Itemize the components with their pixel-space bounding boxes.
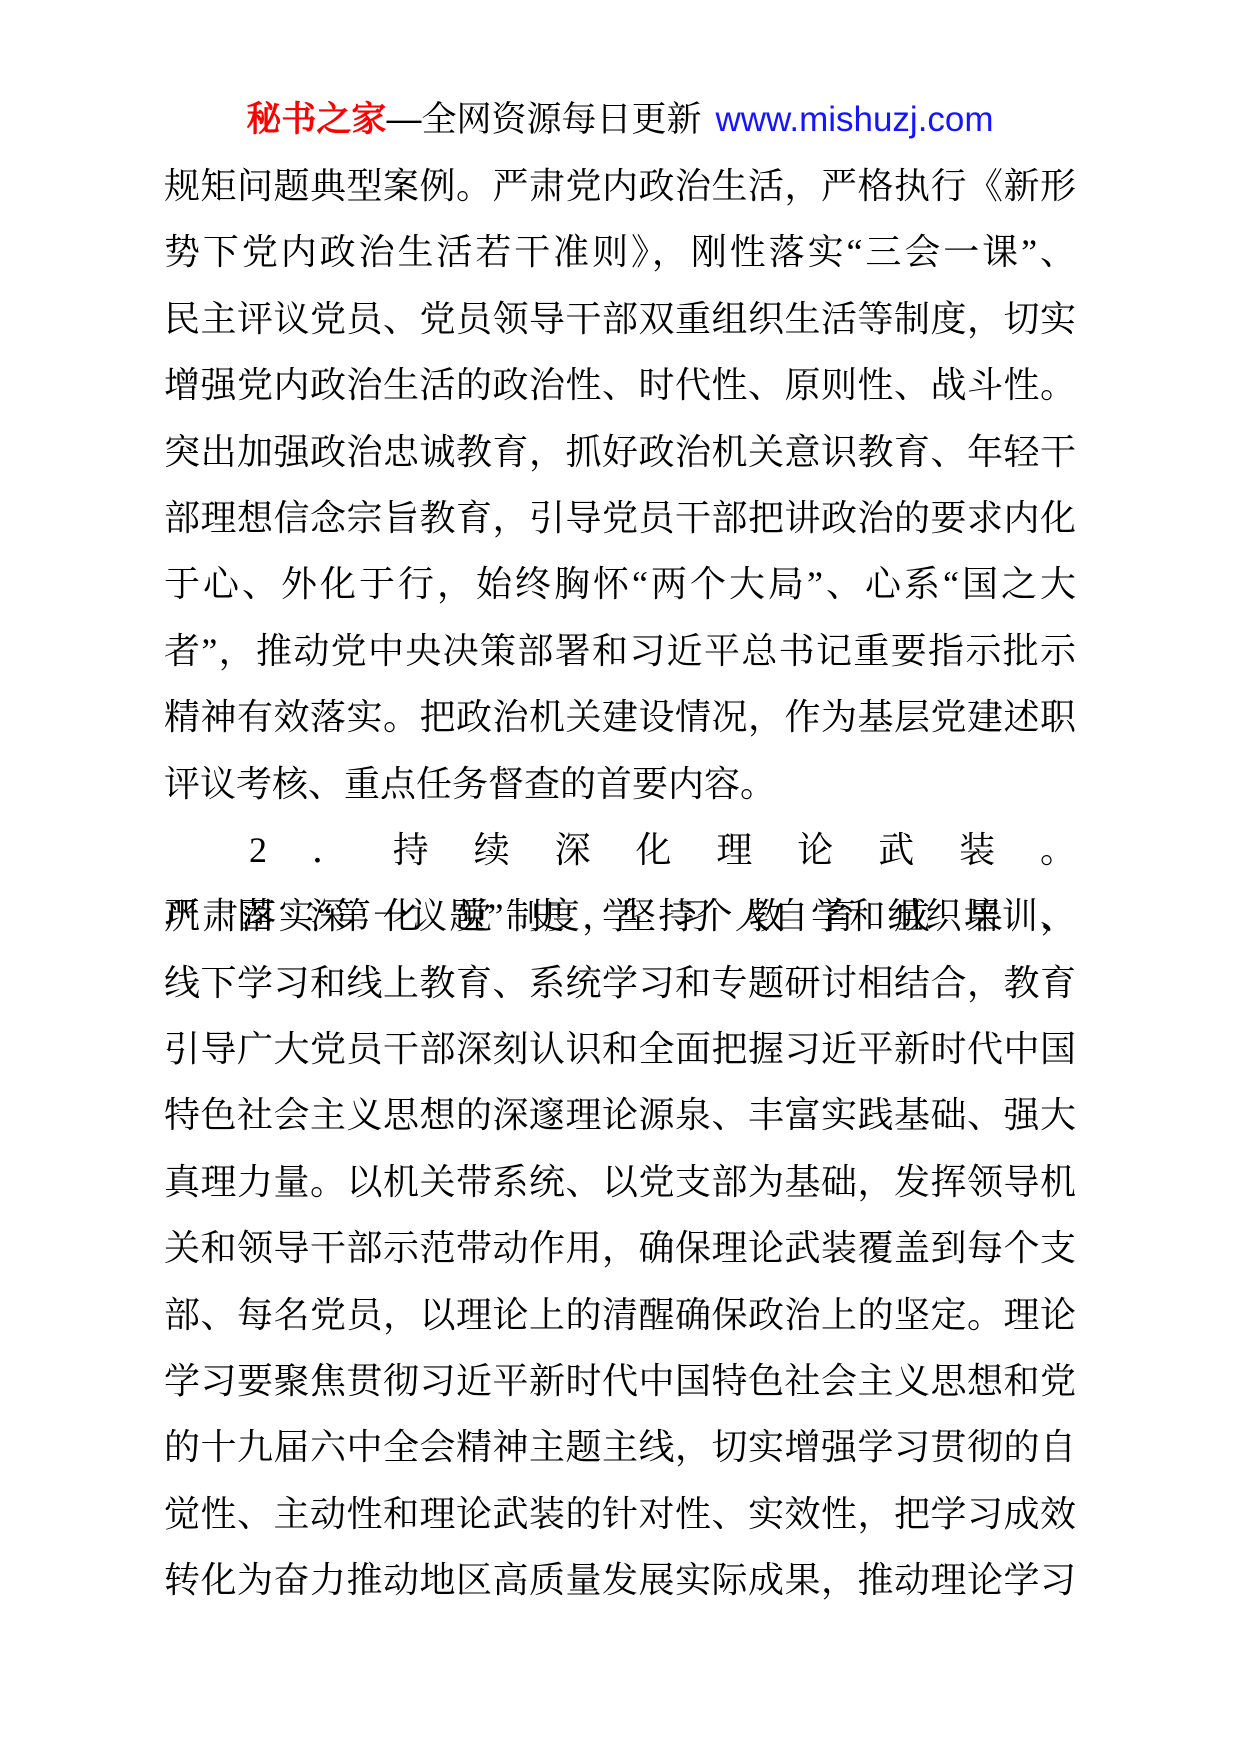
text-line: 部、每名党员，以理论上的清醒确保政治上的坚定。理论 (164, 1282, 1076, 1348)
text-line: 规矩问题典型案例。严肃党内政治生活，严格执行《新形 (164, 153, 1076, 219)
text-line: 精神有效落实。把政治机关建设情况，作为基层党建述职 (164, 684, 1076, 750)
text-line: 学习要聚焦贯彻习近平新时代中国特色社会主义思想和党 (164, 1348, 1076, 1414)
text-line: 评议考核、重点任务督查的首要内容。 (164, 751, 1076, 817)
text-line: 的十九届六中全会精神主题主线，切实增强学习贯彻的自 (164, 1414, 1076, 1480)
text-line: 增强党内政治生活的政治性、时代性、原则性、战斗性。 (164, 352, 1076, 418)
text-line: 突出加强政治忠诚教育，抓好政治机关意识教育、年轻干 (164, 419, 1076, 485)
text-line: 关和领导干部示范带动作用，确保理论武装覆盖到每个支 (164, 1215, 1076, 1281)
text-line: 转化为奋力推动地区高质量发展实际成果，推动理论学习 (164, 1547, 1076, 1613)
text-line: 线下学习和线上教育、系统学习和专题研讨相结合，教育 (164, 950, 1076, 1016)
header-tagline: —全网资源每日更新 (386, 100, 701, 139)
text-line: 2．持续深化理论武装。巩固深化党史学习教育成果， (164, 817, 1076, 883)
text-line: 严肃落实“第一议题”制度，坚持个人自学和组织培训、 (164, 883, 1076, 949)
text-line: 于心、外化于行，始终胸怀“两个大局”、心系“国之大 (164, 551, 1076, 617)
paragraph: 2．持续深化理论武装。巩固深化党史学习教育成果， 严肃落实“第一议题”制度，坚持… (164, 817, 1076, 1614)
site-url-link[interactable]: www.mishuzj.com (715, 100, 993, 139)
text-line: 民主评议党员、党员领导干部双重组织生活等制度，切实 (164, 286, 1076, 352)
brand-name: 秘书之家 (246, 100, 386, 139)
text-line: 者”，推动党中央决策部署和习近平总书记重要指示批示 (164, 618, 1076, 684)
text-line: 部理想信念宗旨教育，引导党员干部把讲政治的要求内化 (164, 485, 1076, 551)
text-line: 特色社会主义思想的深邃理论源泉、丰富实践基础、强大 (164, 1082, 1076, 1148)
paragraph: 规矩问题典型案例。严肃党内政治生活，严格执行《新形 势下党内政治生活若干准则》，… (164, 153, 1076, 817)
text-line: 觉性、主动性和理论武装的针对性、实效性，把学习成效 (164, 1481, 1076, 1547)
site-header: 秘书之家—全网资源每日更新www.mishuzj.com (0, 97, 1240, 143)
document-page: 秘书之家—全网资源每日更新www.mishuzj.com 规矩问题典型案例。严肃… (0, 0, 1240, 1754)
text-line: 引导广大党员干部深刻认识和全面把握习近平新时代中国 (164, 1016, 1076, 1082)
document-body: 规矩问题典型案例。严肃党内政治生活，严格执行《新形 势下党内政治生活若干准则》，… (164, 153, 1076, 1614)
text-line: 真理力量。以机关带系统、以党支部为基础，发挥领导机 (164, 1149, 1076, 1215)
text-line: 势下党内政治生活若干准则》，刚性落实“三会一课”、 (164, 219, 1076, 285)
